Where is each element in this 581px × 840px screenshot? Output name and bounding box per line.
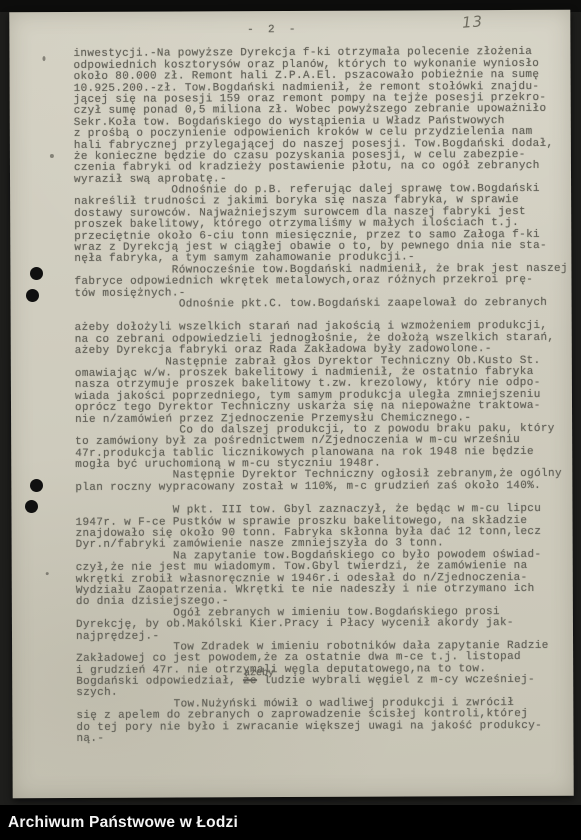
archive-watermark-bar: Archiwum Państwowe w Łodzi bbox=[0, 805, 581, 840]
text-line: czenia fabryki od kradzieży postawienie … bbox=[74, 161, 566, 175]
text-line: ną.- bbox=[76, 732, 568, 746]
punch-hole bbox=[30, 267, 43, 280]
inserted-word: ażeby bbox=[244, 668, 274, 680]
text-line: do tej pory nie było i zwracanie większe… bbox=[76, 720, 568, 734]
ink-speck bbox=[42, 56, 45, 61]
text-line: fabryce odpowiednich wkrętek metalowych,… bbox=[74, 275, 566, 289]
handwritten-page-number: 13 bbox=[461, 12, 483, 31]
typewritten-text: - 2 -inwestycji.-Na powyższe Dyrekcja f-… bbox=[73, 24, 568, 746]
text-line: Dyrekcję, by ob.Makólski Kier.Pracy i Pł… bbox=[76, 618, 568, 632]
punch-hole bbox=[26, 289, 39, 302]
ink-speck bbox=[46, 572, 49, 575]
correction: ażebyże bbox=[243, 676, 257, 687]
scan-background: - 2 -inwestycji.-Na powyższe Dyrekcja f-… bbox=[0, 0, 581, 840]
document-page: - 2 -inwestycji.-Na powyższe Dyrekcja f-… bbox=[9, 10, 573, 798]
archive-watermark-label: Archiwum Państwowe w Łodzi bbox=[0, 814, 238, 832]
line-segment: ludzie wybrali węgiel z m-cy wcześniej- bbox=[257, 674, 535, 687]
punch-hole bbox=[25, 500, 38, 513]
punch-hole bbox=[30, 479, 43, 492]
ink-speck bbox=[50, 154, 54, 158]
